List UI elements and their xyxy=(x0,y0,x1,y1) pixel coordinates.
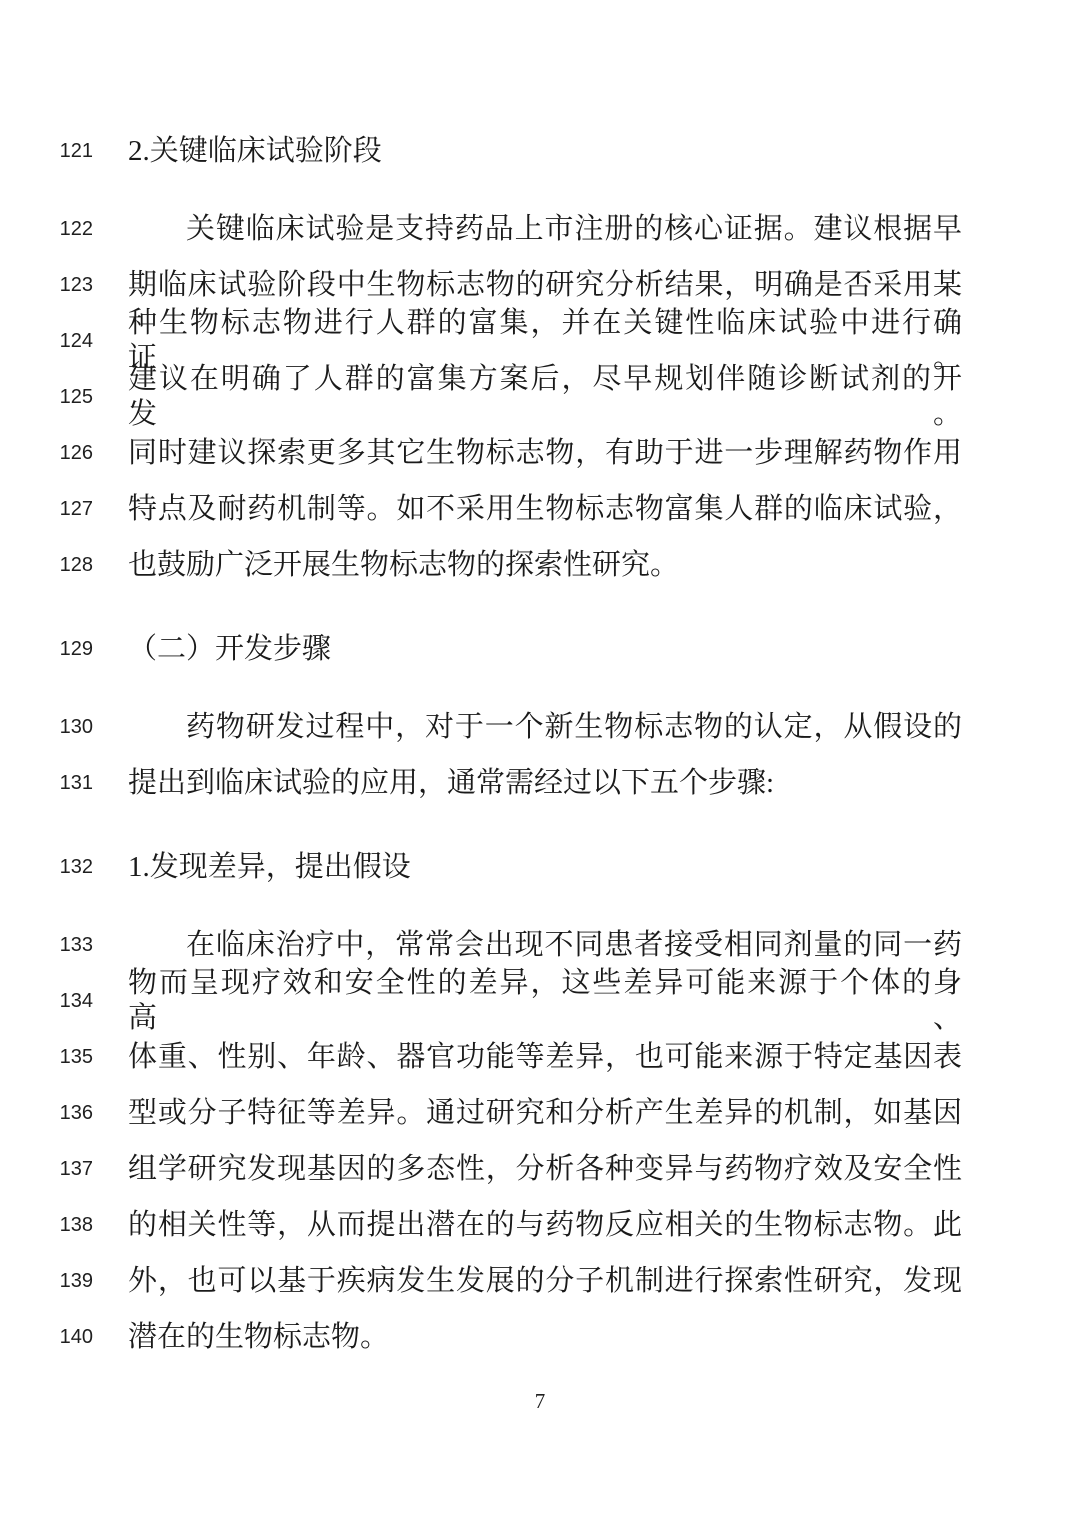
line-number: 126 xyxy=(0,443,93,463)
line-text: 提出到临床试验的应用，通常需经过以下五个步骤: xyxy=(128,766,962,801)
line-number: 129 xyxy=(0,639,93,659)
page-number: 7 xyxy=(535,1389,546,1413)
line-number: 124 xyxy=(0,331,93,351)
document-line-row: 140 潜在的生物标志物。 xyxy=(0,1309,962,1365)
line-number: 137 xyxy=(0,1159,93,1179)
page-footer: 7 xyxy=(0,1389,1080,1414)
line-text: 在临床治疗中，常常会出现不同患者接受相同剂量的同一药 xyxy=(128,928,962,963)
document-page: 121 2.关键临床试验阶段 122 关键临床试验是支持药品上市注册的核心证据。… xyxy=(0,0,1080,1528)
line-number: 128 xyxy=(0,555,93,575)
document-line-row: 135 体重、性别、年龄、器官功能等差异，也可能来源于特定基因表 xyxy=(0,1029,962,1085)
line-text: 药物研发过程中，对于一个新生物标志物的认定，从假设的 xyxy=(128,710,962,745)
line-text: 体重、性别、年龄、器官功能等差异，也可能来源于特定基因表 xyxy=(128,1040,962,1075)
document-line-row: 132 1.发现差异，提出假设 xyxy=(0,839,962,895)
line-text: 1.发现差异，提出假设 xyxy=(128,850,962,885)
document-line-row: 130 药物研发过程中，对于一个新生物标志物的认定，从假设的 xyxy=(0,699,962,755)
document-line-row: 137 组学研究发现基因的多态性，分析各种变异与药物疗效及安全性 xyxy=(0,1141,962,1197)
line-number: 122 xyxy=(0,219,93,239)
line-number: 123 xyxy=(0,275,93,295)
line-number: 135 xyxy=(0,1047,93,1067)
document-line-row: 133 在临床治疗中，常常会出现不同患者接受相同剂量的同一药 xyxy=(0,917,962,973)
document-line-row: 139 外，也可以基于疾病发生发展的分子机制进行探索性研究，发现 xyxy=(0,1253,962,1309)
line-number: 138 xyxy=(0,1215,93,1235)
line-text: 建议在明确了人群的富集方案后，尽早规划伴随诊断试剂的开发。 xyxy=(128,362,962,432)
line-text: 同时建议探索更多其它生物标志物，有助于进一步理解药物作用 xyxy=(128,436,962,471)
line-text: 物而呈现疗效和安全性的差异，这些差异可能来源于个体的身高、 xyxy=(128,966,962,1036)
document-body: 121 2.关键临床试验阶段 122 关键临床试验是支持药品上市注册的核心证据。… xyxy=(0,0,1080,1365)
line-text: 外，也可以基于疾病发生发展的分子机制进行探索性研究，发现 xyxy=(128,1264,962,1299)
line-text: 也鼓励广泛开展生物标志物的探索性研究。 xyxy=(128,548,962,583)
line-number: 127 xyxy=(0,499,93,519)
document-line-row: 123 期临床试验阶段中生物标志物的研究分析结果，明确是否采用某 xyxy=(0,257,962,313)
line-text: 的相关性等，从而提出潜在的与药物反应相关的生物标志物。此 xyxy=(128,1208,962,1243)
line-text: 关键临床试验是支持药品上市注册的核心证据。建议根据早 xyxy=(128,212,962,247)
line-text: 2.关键临床试验阶段 xyxy=(128,134,962,169)
document-line-row: 138 的相关性等，从而提出潜在的与药物反应相关的生物标志物。此 xyxy=(0,1197,962,1253)
line-number: 130 xyxy=(0,717,93,737)
document-line-row: 124 种生物标志物进行人群的富集，并在关键性临床试验中进行确证。 xyxy=(0,313,962,369)
document-line-row: 121 2.关键临床试验阶段 xyxy=(0,123,962,179)
document-line-row: 129 （二）开发步骤 xyxy=(0,621,962,677)
line-text: 型或分子特征等差异。通过研究和分析产生差异的机制，如基因 xyxy=(128,1096,962,1131)
line-text: 特点及耐药机制等。如不采用生物标志物富集人群的临床试验， xyxy=(128,492,962,527)
line-number: 132 xyxy=(0,857,93,877)
document-line-row: 126 同时建议探索更多其它生物标志物，有助于进一步理解药物作用 xyxy=(0,425,962,481)
line-number: 131 xyxy=(0,773,93,793)
document-line-row: 122 关键临床试验是支持药品上市注册的核心证据。建议根据早 xyxy=(0,201,962,257)
document-line-row: 127 特点及耐药机制等。如不采用生物标志物富集人群的临床试验， xyxy=(0,481,962,537)
line-number: 136 xyxy=(0,1103,93,1123)
line-text: （二）开发步骤 xyxy=(128,632,962,667)
document-line-row: 125 建议在明确了人群的富集方案后，尽早规划伴随诊断试剂的开发。 xyxy=(0,369,962,425)
line-text: 期临床试验阶段中生物标志物的研究分析结果，明确是否采用某 xyxy=(128,268,962,303)
line-text: 潜在的生物标志物。 xyxy=(128,1320,962,1355)
document-line-row: 128 也鼓励广泛开展生物标志物的探索性研究。 xyxy=(0,537,962,593)
line-number: 140 xyxy=(0,1327,93,1347)
line-number: 121 xyxy=(0,141,93,161)
line-text: 组学研究发现基因的多态性，分析各种变异与药物疗效及安全性 xyxy=(128,1152,962,1187)
document-line-row: 134 物而呈现疗效和安全性的差异，这些差异可能来源于个体的身高、 xyxy=(0,973,962,1029)
line-number: 125 xyxy=(0,387,93,407)
document-line-row: 136 型或分子特征等差异。通过研究和分析产生差异的机制，如基因 xyxy=(0,1085,962,1141)
line-number: 133 xyxy=(0,935,93,955)
line-number: 134 xyxy=(0,991,93,1011)
line-number: 139 xyxy=(0,1271,93,1291)
document-line-row: 131 提出到临床试验的应用，通常需经过以下五个步骤: xyxy=(0,755,962,811)
